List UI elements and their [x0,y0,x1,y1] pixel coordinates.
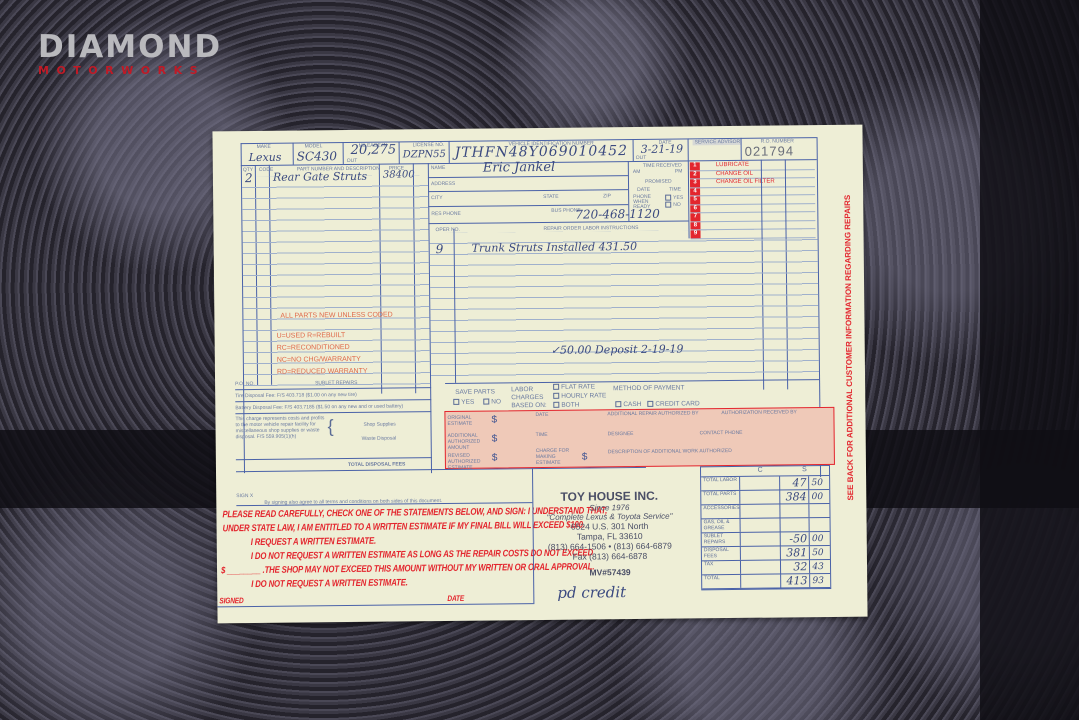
totals-row: TAX3243 [702,560,830,575]
tire-disposal-fee: Tire Disposal Fee: F/S 403.718 ($1.00 on… [235,392,357,399]
divider [399,141,400,163]
row-line [236,467,646,472]
advisor-label: SERVICE ADVISOR [693,139,743,146]
signed-label: SIGNED [219,596,243,605]
totals-label: ACCESSORIES [701,505,741,518]
service-line-label: LUBRICATE [716,162,749,170]
divider [633,139,634,161]
row-line [428,175,628,178]
auth-received-label: AUTHORIZATION RECEIVED BY [721,409,797,416]
divider [293,143,294,165]
hourly-rate-option[interactable]: HOURLY RATE [551,392,606,400]
totals-dollars: 413 [781,574,811,587]
divider [449,141,450,163]
additional-amount-label: ADDITIONAL AUTHORIZED AMOUNT [448,433,488,451]
side-notice: SEE BACK FOR ADDITIONAL CUSTOMER INFORMA… [843,195,855,501]
bottom-line [217,603,533,607]
totals-c-cell [742,574,781,587]
name-label: NAME [431,165,446,171]
estimate-time-label: TIME [536,432,548,438]
totals-row: TOTAL PARTS38400 [701,490,829,505]
payment-method-label: METHOD OF PAYMENT [613,384,684,392]
business-info: TOY HOUSE INC. Since 1976 "Complete Lexu… [534,488,685,578]
totals-c-cell [741,560,780,573]
original-estimate-label: ORIGINAL ESTIMATE [447,415,487,427]
service-line-number: 4 [690,188,700,196]
both-option[interactable]: BOTH [551,402,579,409]
row-line [235,411,431,414]
totals-row: TOTAL LABOR4750 [701,476,829,491]
contact-phone-label: CONTACT PHONE [700,430,743,436]
make-value: Lexus [249,151,282,164]
designee-label: DESIGNEE [608,431,634,437]
totals-label: TAX [702,561,742,574]
zip-label: ZIP [603,193,611,199]
save-parts-no[interactable]: NO [481,398,501,405]
divider [741,138,742,160]
labor-charges-label: LABOR CHARGES BASED ON: [511,386,551,410]
business-license: MV#57439 [535,566,685,578]
totals-c-cell [741,518,780,531]
paid-credit-note: pd credit [557,583,626,602]
service-line-number: 5 [690,196,700,204]
labor-line-number: 9 [436,242,444,256]
totals-label: DISPOSAL FEES [702,547,742,560]
po-label: P.O. NO. [235,381,255,387]
pm-label: PM [675,168,683,174]
totals-dollars: 381 [781,546,811,559]
auth-by-label: ADDITIONAL REPAIR AUTHORIZED BY [607,410,698,417]
service-line-number: 2 [690,171,700,179]
parts-new-notice: ALL PARTS NEW UNLESS CODED [280,312,392,320]
make-label: MAKE [257,144,271,150]
totals-cents: 00 [810,491,830,501]
dollar-sign: $ [492,433,498,444]
totals-label: SUBLET REPAIRS [702,533,742,546]
ro-number: 021794 [745,143,795,159]
service-line-number: 7 [690,213,700,221]
watermark-logo: DIAMOND MOTORWORKS [38,32,222,77]
waste-disposal-label: Waste Disposal [362,436,397,442]
date-value: 3-21-19 [641,142,684,155]
totals-dollars: 47 [780,476,810,489]
credit-card-option[interactable]: CREDIT CARD [645,400,699,408]
promised-date-label: DATE [637,187,650,193]
save-parts-label: SAVE PARTS [455,388,495,395]
shop-supplies-label: Shop Supplies [363,422,395,428]
service-line-label: CHANGE OIL [716,170,753,178]
sign-x-label[interactable]: SIGN X [236,493,253,499]
totals-row: SUBLET REPAIRS-5000 [702,532,830,547]
disposal-charge-note: This charge represents costs and profits… [235,415,325,440]
brace: { [327,416,333,437]
repair-order-form: MAKE Lexus MODEL SC430 MILEAGE IN 20,275… [212,125,867,624]
estimate-date-label: DATE [535,412,548,418]
code-label: CODE [259,167,274,173]
business-name: TOY HOUSE INC. [534,488,684,504]
logo-line1: DIAMOND [38,32,222,62]
promised-time-label: TIME [669,187,681,193]
promised-label: PROMISED [645,179,672,185]
totals-cents: 00 [810,533,830,543]
service-line-number: 6 [690,205,700,213]
totals-c-cell [740,476,779,489]
phone-yes[interactable]: YES [663,194,683,201]
row-line [235,387,431,390]
cash-option[interactable]: CASH [613,401,641,408]
totals-table: CSTOTAL LABOR4750TOTAL PARTS38400ACCESSO… [700,465,831,590]
license-label: LICENSE NO. [413,142,445,148]
totals-cents: 43 [810,561,830,571]
additional-work-label: DESCRIPTION OF ADDITIONAL WORK AUTHORIZE… [608,448,732,455]
labor-note-deposit: ✓50.00 Deposit 2-19-19 [551,342,684,356]
totals-c-cell [741,490,780,503]
save-parts-yes[interactable]: YES [451,399,474,406]
totals-cents: 93 [810,575,830,585]
customer-name: Eric Jankel [483,160,555,176]
charge-estimate-label: CHARGE FOR MAKING ESTIMATE [536,448,576,466]
code-reduced-warranty: RD=REDUCED WARRANTY [277,368,368,376]
phone-no[interactable]: NO [663,202,681,209]
option-no-estimate[interactable]: I DO NOT REQUEST A WRITTEN ESTIMATE. [251,577,408,590]
totals-row: ACCESSORIES [701,504,829,519]
revised-estimate-label: REVISED AUTHORIZED ESTIMATE [448,453,488,471]
service-line-number: 1 [690,162,700,170]
divider [688,138,689,160]
date-sign-label: DATE [447,594,464,603]
date-out-label: OUT [636,155,647,161]
legal-notice-2: UNDER STATE LAW, I AM ENTITLED TO A WRIT… [223,520,585,535]
logo-line2: MOTORWORKS [38,64,222,77]
flat-rate-option[interactable]: FLAT RATE [551,383,595,390]
totals-label: GAS, OIL & GREASE [702,519,742,532]
totals-dollars [780,518,810,531]
totals-dollars [780,504,810,517]
service-line-number: 8 [690,222,700,230]
license-value: DZPN55 [403,149,446,160]
totals-dollars: -50 [780,532,810,545]
totals-label: TOTAL PARTS [701,491,741,504]
totals-row: TOTAL41393 [702,574,830,589]
address-label: ADDRESS [431,181,455,187]
model-value: SC430 [297,149,337,163]
code-no-charge: NC=NO CHG/WARRANTY [277,356,361,364]
totals-cents: 50 [809,477,829,487]
total-disposal-label: TOTAL DISPOSAL FEES [348,461,405,468]
totals-row: DISPOSAL FEES38150 [702,546,830,561]
code-used-rebuilt: U=USED R=REBUILT [277,332,346,340]
mileage-out-label: OUT [347,158,358,164]
service-line-label: CHANGE OIL FILTER [716,179,775,187]
city-label: CITY [431,195,442,201]
service-lines: 1LUBRICATE2CHANGE OIL3CHANGE OIL FILTER4… [690,161,816,239]
divider [343,142,344,164]
row-line [236,457,432,460]
sublet-label: SUBLET REPAIRS [315,380,357,386]
state-label: STATE [543,194,558,200]
battery-disposal-fee: Battery Disposal Fee: F/S 403.7185 ($1.5… [235,403,403,411]
totals-label: TOTAL [702,575,742,588]
business-fax: Fax (813) 664-6878 [535,550,685,562]
option-request-estimate[interactable]: I REQUEST A WRITTEN ESTIMATE. [251,536,376,548]
col-c-label: C [740,466,779,475]
res-phone-label: RES PHONE [431,211,461,217]
totals-dollars: 384 [780,490,810,503]
col-s-label: S [780,466,829,476]
mileage-value: 20,275 [351,142,397,157]
totals-label: TOTAL LABOR [701,477,741,490]
row-line [428,189,628,192]
code-reconditioned: RC=RECONDITIONED [277,344,350,352]
dollar-sign: $ [492,452,498,463]
vin-value: JTHFN48Y069010452 [455,143,629,161]
totals-c-cell [741,532,780,545]
totals-c-cell [741,504,780,517]
phone-when-ready-label: PHONE WHEN READY [633,195,663,210]
row-line [235,399,431,402]
row-line [428,220,688,224]
col-line [628,161,630,221]
totals-c-cell [741,546,780,559]
service-line-number: 3 [690,179,700,187]
totals-cents: 50 [810,547,830,557]
totals-dollars: 32 [781,560,811,573]
totals-row: GAS, OIL & GREASE [702,518,830,533]
labor-note-1: Trunk Struts Installed 431.50 [472,240,638,255]
dollar-sign: $ [491,414,497,425]
am-label: AM [633,169,641,175]
dollar-sign: $ [582,452,588,463]
carpet-dark-stripe-vertical [980,0,1079,720]
